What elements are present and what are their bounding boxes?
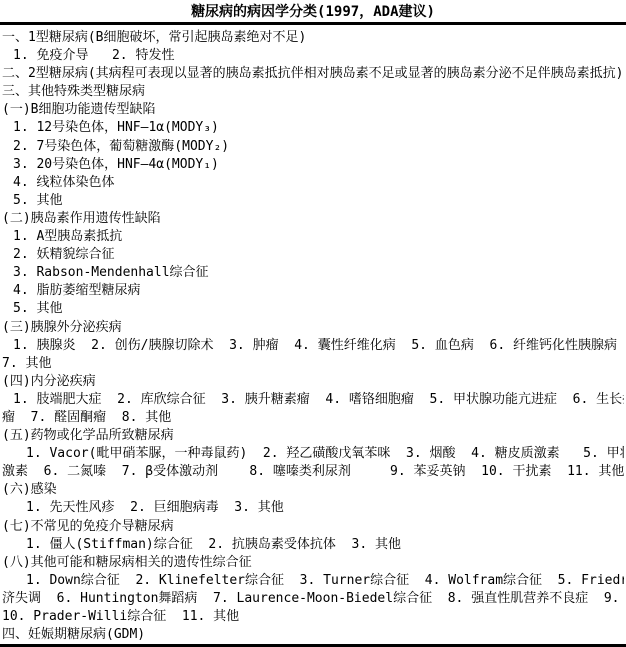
document-body: 一、1型糖尿病(B细胞破坏，常引起胰岛素绝对不足) 1. 免疫介导 2. 特发性… — [0, 25, 626, 644]
text-line: 激素 6. 二氮嗪 7. β受体激动剂 8. 噻嗪类利尿剂 9. 苯妥英钠 10… — [2, 463, 624, 481]
text-line: 济失调 6. Huntington舞蹈病 7. Laurence-Moon-Bi… — [2, 590, 624, 608]
text-line: 1. Down综合征 2. Klinefelter综合征 3. Turner综合… — [2, 572, 624, 590]
text-line: 5. 其他 — [2, 300, 624, 318]
text-line: 1. 僵人(Stiffman)综合征 2. 抗胰岛素受体抗体 3. 其他 — [2, 536, 624, 554]
text-line: 一、1型糖尿病(B细胞破坏，常引起胰岛素绝对不足) — [2, 29, 624, 47]
text-line: 二、2型糖尿病(其病程可表现以显著的胰岛素抵抗伴相对胰岛素不足或显著的胰岛素分泌… — [2, 65, 624, 83]
text-line: 1. 12号染色体，HNF—1α(MODY₃) — [2, 119, 624, 137]
text-line: 三、其他特殊类型糖尿病 — [2, 83, 624, 101]
text-line: (六)感染 — [2, 481, 624, 499]
text-line: 1. 肢端肥大症 2. 库欣综合征 3. 胰升糖素瘤 4. 嗜铬细胞瘤 5. 甲… — [2, 391, 624, 409]
text-line: (一)B细胞功能遗传型缺陷 — [2, 101, 624, 119]
text-line: 10. Prader-Willi综合征 11. 其他 — [2, 608, 624, 626]
text-line: 1. Vacor(毗甲硝苯脲，一种毒鼠药) 2. 羟乙磺酸戊氧苯咪 3. 烟酸 … — [2, 445, 624, 463]
text-line: (五)药物或化学品所致糖尿病 — [2, 427, 624, 445]
text-line: 7. 其他 — [2, 355, 624, 373]
document-page: 糖尿病的病因学分类(1997，ADA建议) 一、1型糖尿病(B细胞破坏，常引起胰… — [0, 0, 626, 647]
text-line: (七)不常见的免疫介导糖尿病 — [2, 518, 624, 536]
text-line: 3. 20号染色体，HNF—4α(MODY₁) — [2, 156, 624, 174]
text-line: 1. 胰腺炎 2. 创伤/胰腺切除术 3. 肿瘤 4. 囊性纤维化病 5. 血色… — [2, 337, 624, 355]
text-line: 瘤 7. 醛固酮瘤 8. 其他 — [2, 409, 624, 427]
text-line: 3. Rabson-Mendenhall综合征 — [2, 264, 624, 282]
text-line: 4. 线粒体染色体 — [2, 174, 624, 192]
page-title: 糖尿病的病因学分类(1997，ADA建议) — [0, 0, 626, 20]
text-line: (八)其他可能和糖尿病相关的遗传性综合征 — [2, 554, 624, 572]
text-line: (二)胰岛素作用遗传性缺陷 — [2, 210, 624, 228]
text-line: 1. 免疫介导 2. 特发性 — [2, 47, 624, 65]
text-line: 1. 先天性风疹 2. 巨细胞病毒 3. 其他 — [2, 499, 624, 517]
text-line: 1. A型胰岛素抵抗 — [2, 228, 624, 246]
text-line: 2. 妖精貌综合征 — [2, 246, 624, 264]
text-line: (三)胰腺外分泌疾病 — [2, 319, 624, 337]
text-line: 2. 7号染色体，葡萄糖激酶(MODY₂) — [2, 138, 624, 156]
text-line: 四、妊娠期糖尿病(GDM) — [2, 626, 624, 644]
text-line: 5. 其他 — [2, 192, 624, 210]
text-line: (四)内分泌疾病 — [2, 373, 624, 391]
text-line: 4. 脂肪萎缩型糖尿病 — [2, 282, 624, 300]
